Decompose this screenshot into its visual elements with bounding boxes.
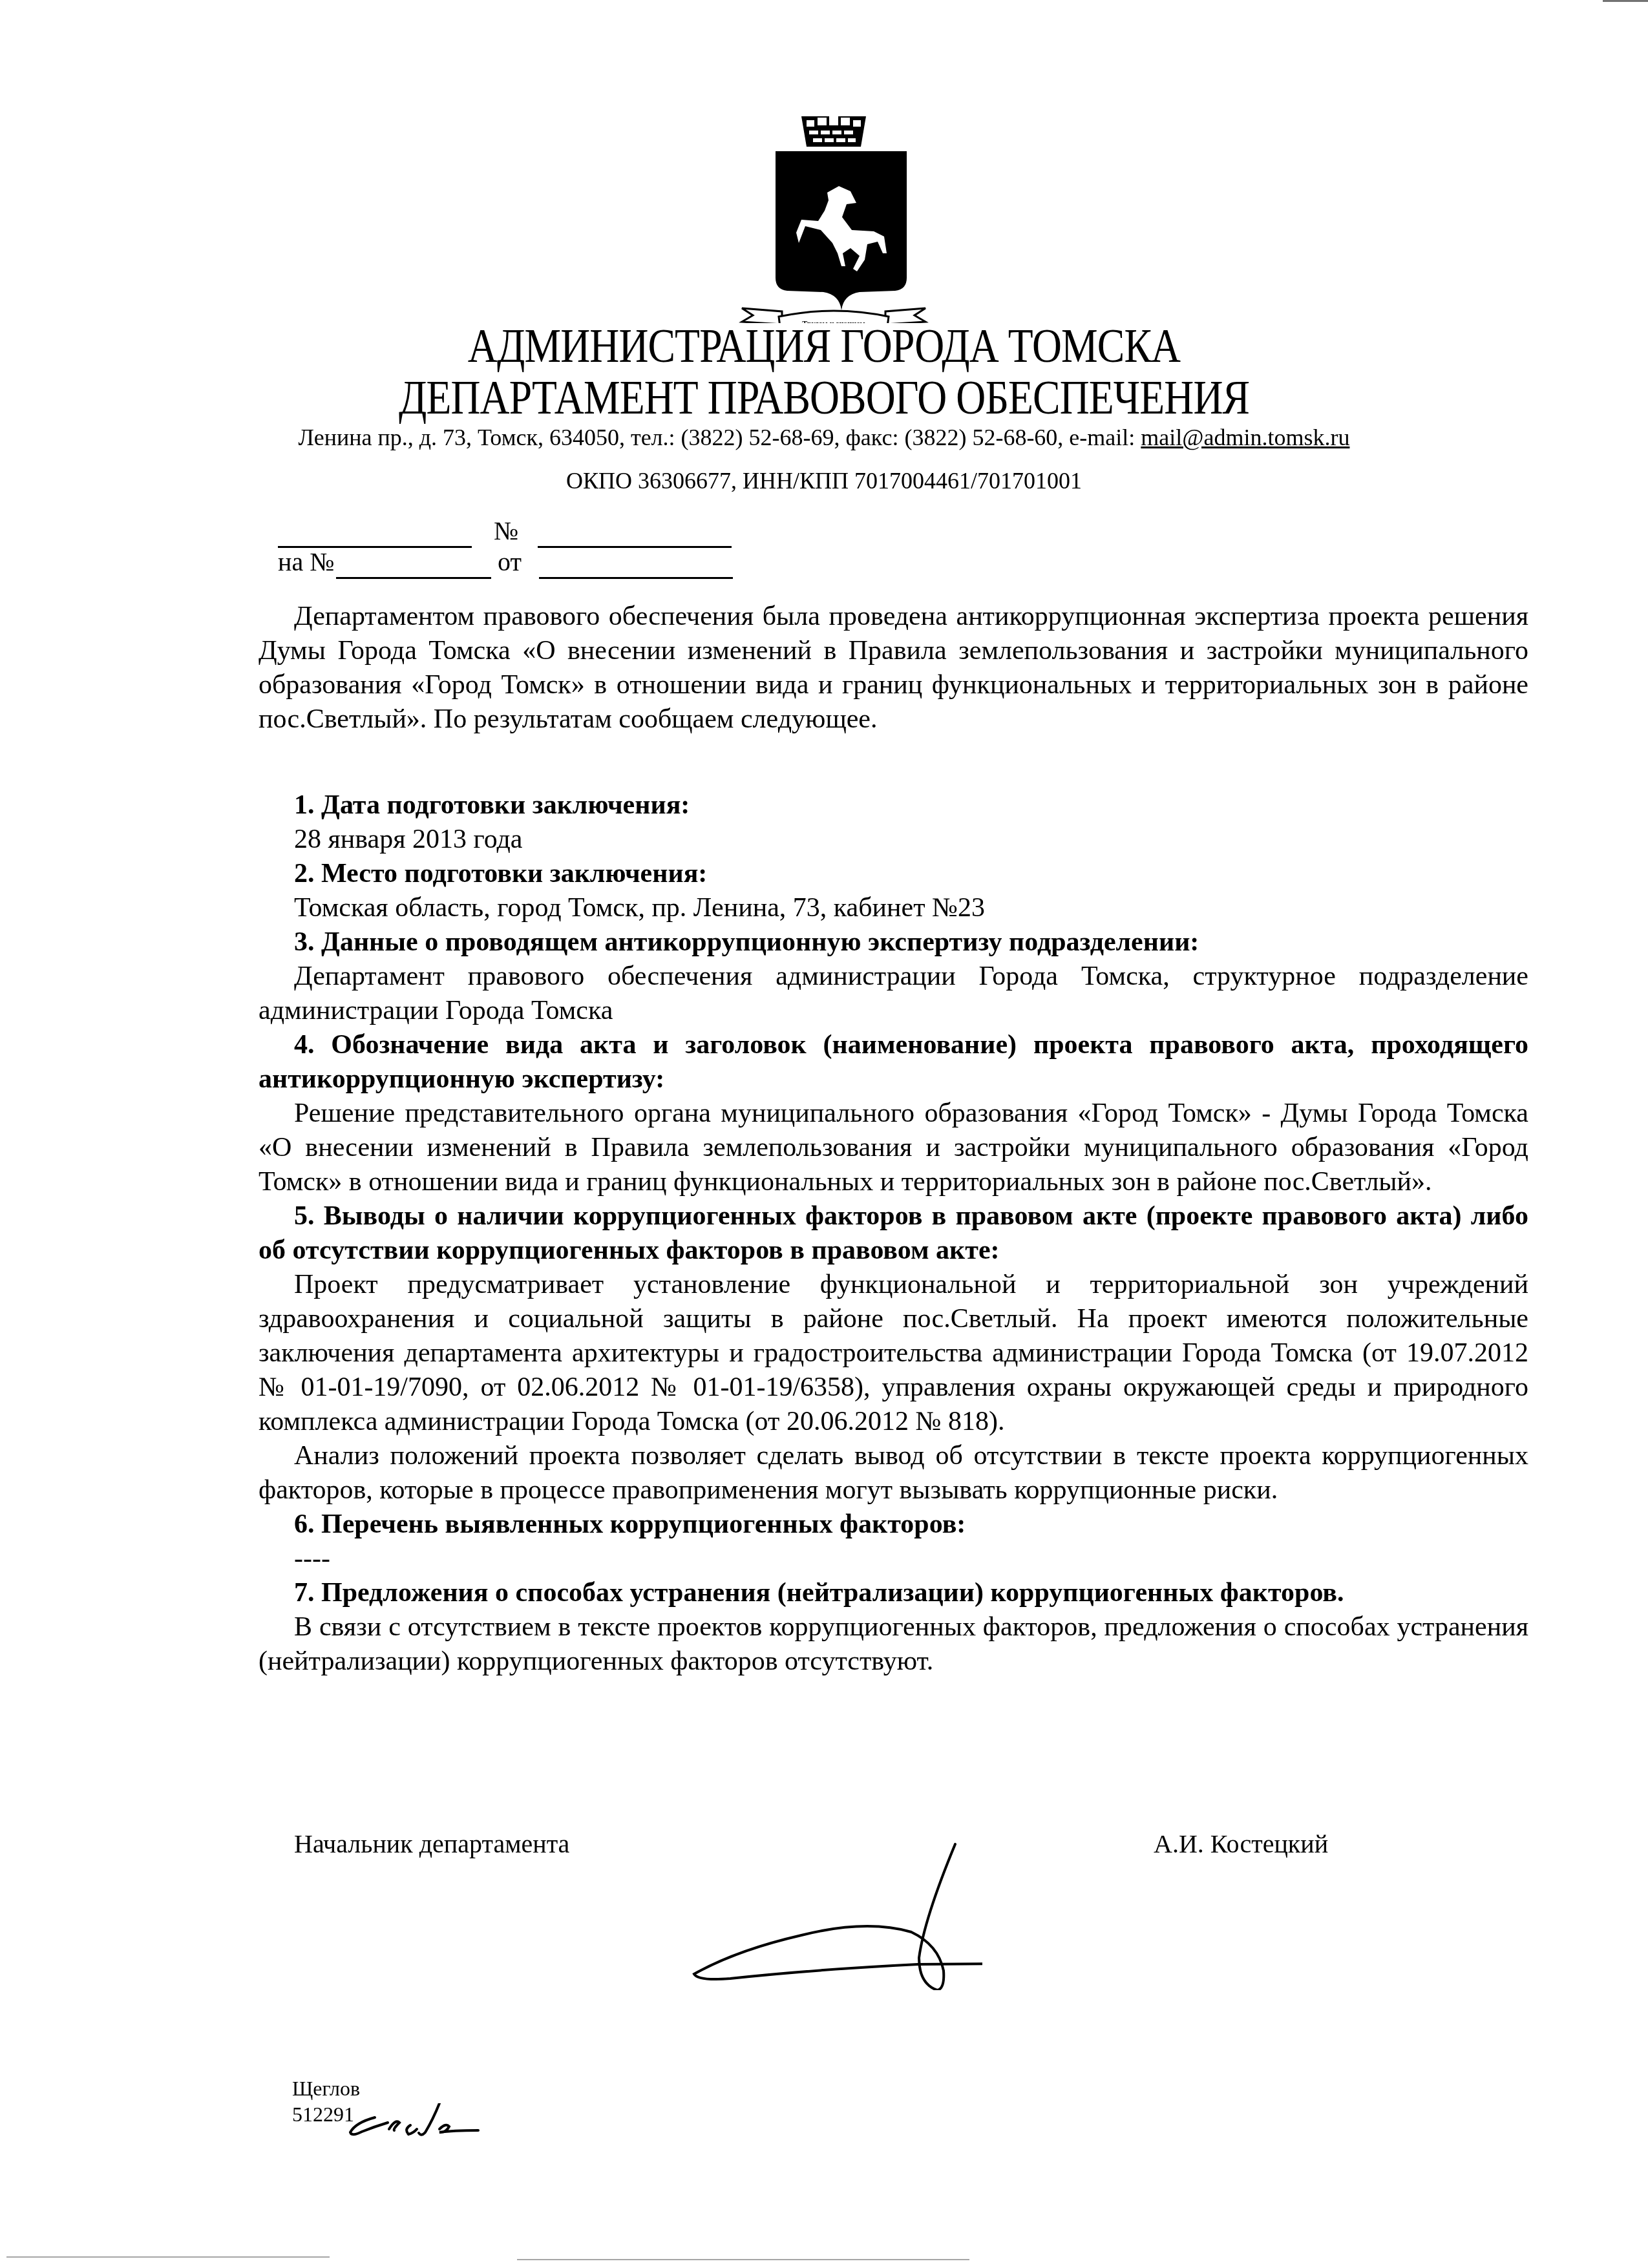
section-4-heading: 4. Обозначение вида акта и заголовок (на… — [259, 1028, 1528, 1097]
section-6-body: ---- — [259, 1542, 1528, 1576]
section-1-body: 28 января 2013 года — [259, 823, 1528, 857]
section-7-body: В связи с отсутствием в тексте проектов … — [259, 1610, 1528, 1679]
initials-signature-icon — [343, 2103, 485, 2142]
handwritten-signature — [685, 1835, 982, 1990]
crown-icon — [801, 116, 866, 147]
contact-line: Ленина пр., д. 73, Томск, 634050, тел.: … — [0, 423, 1648, 452]
document-body: Департаментом правового обеспечения была… — [259, 600, 1528, 1679]
email-link[interactable]: mail@admin.tomsk.ru — [1141, 425, 1349, 450]
scan-edge-artifact — [6, 2256, 330, 2258]
scan-edge-artifact — [1603, 0, 1648, 2]
section-1-heading: 1. Дата подготовки заключения: — [259, 788, 1528, 823]
section-7-heading: 7. Предложения о способах устранения (не… — [259, 1576, 1528, 1610]
executor-initials — [343, 2103, 485, 2142]
section-5-body-1: Проект предусматривает установление функ… — [259, 1268, 1528, 1439]
signatory-name: А.И. Костецкий — [1154, 1830, 1328, 1858]
section-5-body-2: Анализ положений проекта позволяет сдела… — [259, 1439, 1528, 1507]
section-6-heading: 6. Перечень выявленных коррупциогенных ф… — [259, 1507, 1528, 1542]
from-date-field-line — [539, 577, 733, 579]
section-2-body: Томская область, город Томск, пр. Ленина… — [259, 891, 1528, 925]
department-title: ДЕПАРТАМЕНТ ПРАВОВОГО ОБЕСПЕЧЕНИЯ — [116, 372, 1533, 424]
section-2-heading: 2. Место подготовки заключения: — [259, 857, 1528, 891]
section-5-heading: 5. Выводы о наличии коррупциогенных факт… — [259, 1199, 1528, 1268]
contact-address: Ленина пр., д. 73, Томск, 634050, тел.: … — [299, 425, 1141, 450]
coat-of-arms-icon: Трудом и знанием — [724, 84, 944, 323]
from-label: от — [498, 548, 522, 576]
scan-edge-artifact — [517, 2259, 969, 2260]
intro-paragraph: Департаментом правового обеспечения была… — [259, 600, 1528, 737]
okpo-inn-line: ОКПО 36306677, ИНН/КПП 7017004461/701701… — [0, 467, 1648, 495]
number-label: № — [494, 517, 518, 545]
number-field-line — [538, 546, 732, 548]
section-4-body: Решение представительного органа муницип… — [259, 1097, 1528, 1199]
reply-number-label: на № — [278, 548, 334, 576]
signatory-position: Начальник департамента — [294, 1830, 569, 1858]
signature-icon — [685, 1835, 982, 1990]
section-3-body: Департамент правового обеспечения админи… — [259, 960, 1528, 1028]
section-3-heading: 3. Данные о проводящем антикоррупционную… — [259, 925, 1528, 960]
executor-name: Щеглов — [292, 2076, 360, 2101]
city-coat-of-arms: Трудом и знанием — [724, 84, 944, 323]
organization-title: АДМИНИСТРАЦИЯ ГОРОДА ТОМСКА — [116, 320, 1533, 372]
reply-number-field-line — [336, 577, 491, 579]
